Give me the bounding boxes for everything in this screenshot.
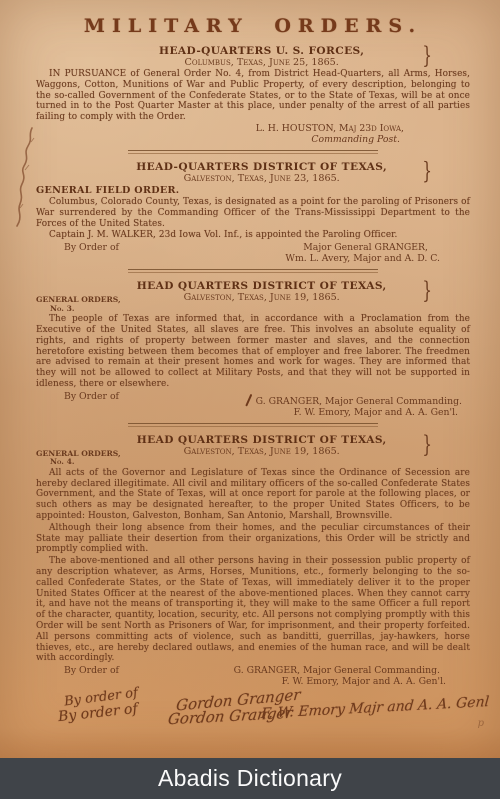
order-section-field-order: HEAD-QUARTERS DISTRICT OF TEXAS, Galvest… [36, 161, 470, 264]
faint-corner-mark: p [478, 718, 484, 729]
order-label: GENERAL FIELD ORDER. [36, 185, 470, 196]
handwritten-endorsements: By order of Gordon Granger By order of G… [36, 689, 470, 733]
document-photo: MILITARY ORDERS. HEAD-QUARTERS U. S. FOR… [0, 0, 500, 758]
by-order-line: By Order of G. GRANGER, Major General Co… [36, 665, 470, 676]
order-number: No. 3. [50, 305, 470, 314]
brace-decoration: } [422, 38, 432, 72]
brace-decoration: } [422, 154, 432, 188]
signature-role: F. W. Emory, Major and A. A. Gen'l. [36, 407, 470, 418]
signature-name: L. H. HOUSTON, Maj 23d Iowa, [36, 123, 404, 134]
section-heading-block: HEAD QUARTERS DISTRICT OF TEXAS, Galvest… [105, 434, 417, 457]
brace-decoration: } [422, 273, 432, 307]
order-section-columbus: HEAD-QUARTERS U. S. FORCES, Columbus, Te… [36, 45, 470, 145]
by-order-text: By Order of [64, 242, 119, 253]
section-divider [128, 269, 378, 273]
by-order-text: By Order of [64, 665, 119, 676]
order-body: The people of Texas are informed that, i… [36, 314, 470, 390]
brace-decoration: } [422, 427, 432, 461]
section-dateline: Galveston, Texas, June 23, 1865. [105, 173, 417, 184]
section-heading: HEAD QUARTERS DISTRICT OF TEXAS, [105, 280, 417, 292]
section-heading: HEAD QUARTERS DISTRICT OF TEXAS, [105, 434, 417, 446]
signature-role: Wm. L. Avery, Major and A. D. C. [36, 253, 470, 264]
order-body: Although their long absence from their h… [36, 523, 470, 555]
order-number: No. 4. [50, 458, 470, 467]
by-order-line: By Order of G. GRANGER, Major General Co… [36, 391, 470, 407]
signature-role: F. W. Emory, Major and A. A. Gen'l. [36, 676, 470, 687]
by-order-text: By Order of [64, 391, 119, 407]
section-heading: HEAD-QUARTERS U. S. FORCES, [105, 45, 417, 57]
signature-name: G. GRANGER, Major General Commanding. [234, 665, 470, 676]
order-section-general-order-3: HEAD QUARTERS DISTRICT OF TEXAS, Galvest… [36, 280, 470, 418]
signature-role: Commanding Post. [36, 134, 404, 145]
section-divider [128, 150, 378, 154]
by-order-line: By Order of Major General GRANGER, [36, 242, 470, 253]
section-heading-block: HEAD-QUARTERS DISTRICT OF TEXAS, Galvest… [105, 161, 417, 184]
order-body: All acts of the Governor and Legislature… [36, 468, 470, 522]
signature-name: Major General GRANGER, [303, 242, 470, 253]
pen-slash-mark [245, 394, 252, 407]
section-dateline: Galveston, Texas, June 19, 1865. [105, 446, 417, 457]
section-divider [128, 423, 378, 427]
order-body: IN PURSUANCE of General Order No. 4, fro… [36, 69, 470, 123]
caption-title: Abadis Dictionary [158, 765, 342, 792]
document-title: MILITARY ORDERS. [36, 14, 470, 38]
signature-block: L. H. HOUSTON, Maj 23d Iowa, Commanding … [36, 123, 470, 145]
section-dateline: Galveston, Texas, June 19, 1865. [105, 292, 417, 303]
caption-bar: Abadis Dictionary [0, 758, 500, 799]
app-screen: MILITARY ORDERS. HEAD-QUARTERS U. S. FOR… [0, 0, 500, 799]
section-heading: HEAD-QUARTERS DISTRICT OF TEXAS, [105, 161, 417, 173]
order-section-general-order-4: HEAD QUARTERS DISTRICT OF TEXAS, Galvest… [36, 434, 470, 687]
section-heading-block: HEAD QUARTERS DISTRICT OF TEXAS, Galvest… [105, 280, 417, 303]
order-body: The above-mentioned and all other person… [36, 556, 470, 664]
order-body: Columbus, Colorado County, Texas, is des… [36, 197, 470, 229]
order-body: Captain J. M. WALKER, 23d Iowa Vol. Inf.… [36, 230, 470, 241]
section-dateline: Columbus, Texas, June 25, 1865. [105, 57, 417, 68]
section-heading-block: HEAD-QUARTERS U. S. FORCES, Columbus, Te… [105, 45, 417, 68]
signature-name: G. GRANGER, Major General Commanding. [249, 391, 470, 407]
signature-name-text: G. GRANGER, Major General Commanding. [256, 396, 462, 407]
